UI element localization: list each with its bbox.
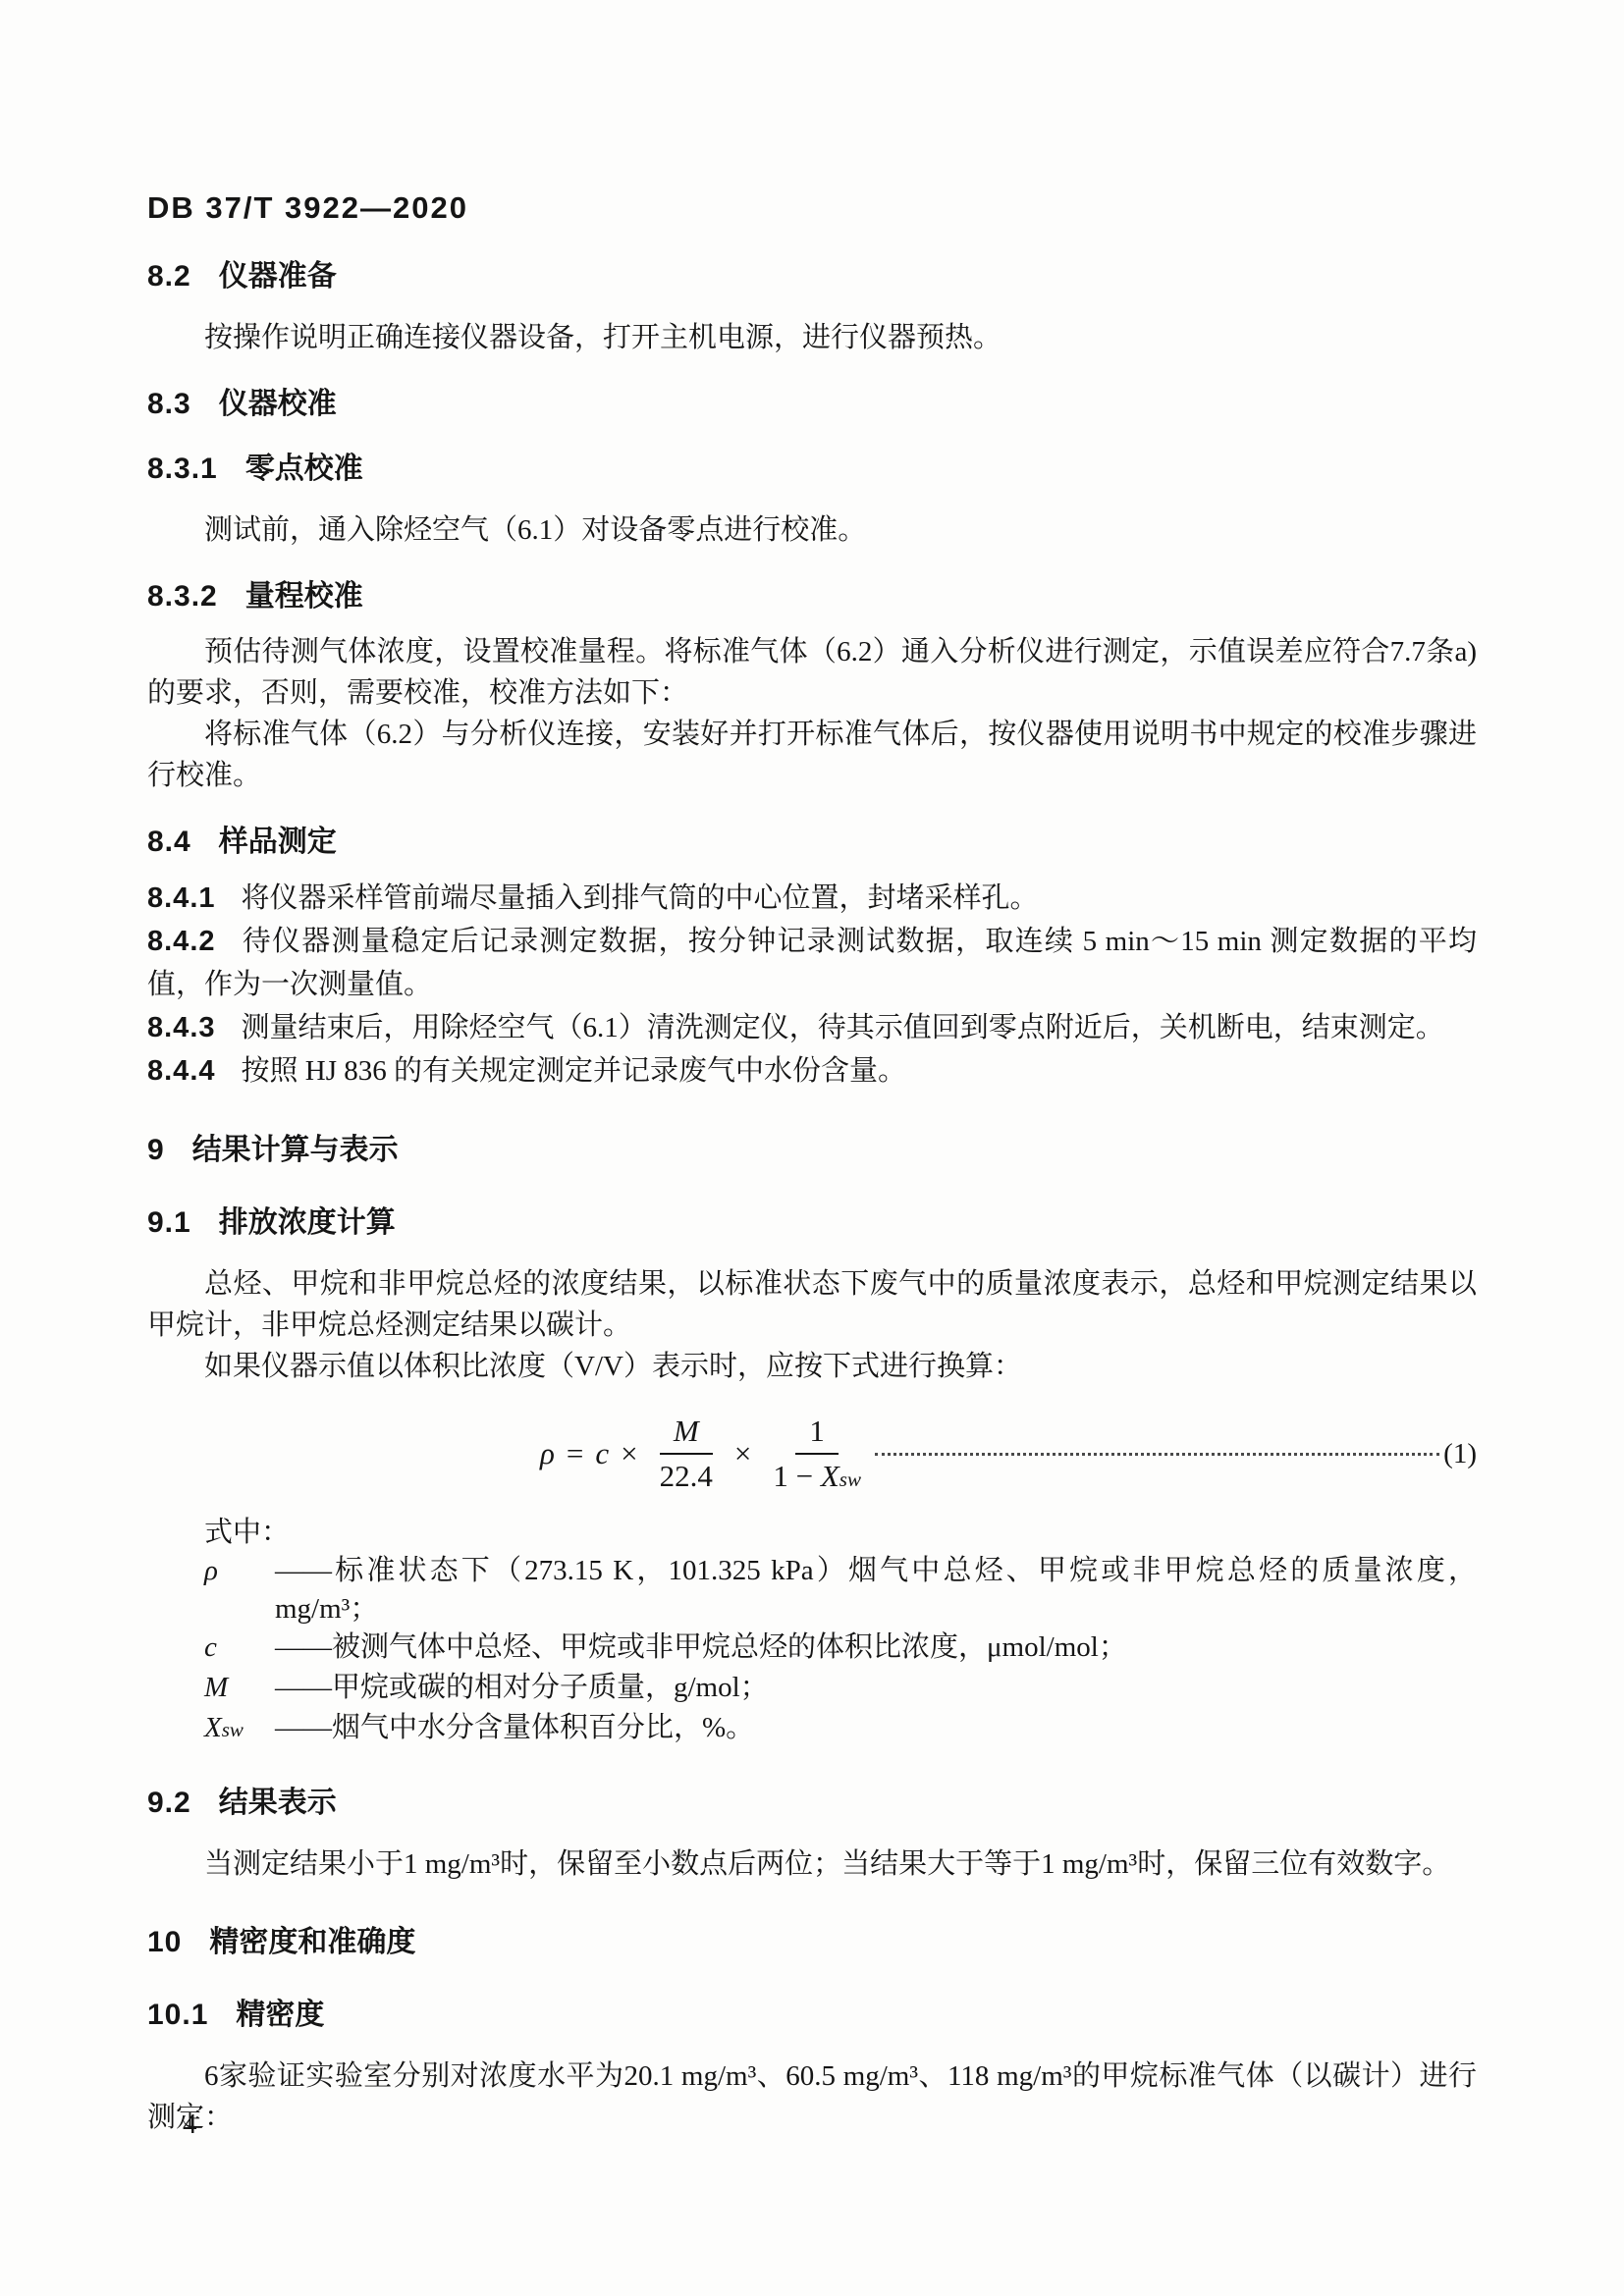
doc-code-header: DB 37/T 3922—2020	[147, 191, 1477, 225]
heading-title: 精密度和准确度	[209, 1926, 415, 1958]
formula-equals: =	[567, 1436, 583, 1471]
heading-title: 结果计算与表示	[192, 1134, 399, 1166]
clause-number: 8.4.1	[147, 882, 216, 914]
clause-text: 测量结束后，用除烃空气（6.1）清洗测定仪，待其示值回到零点附近后，关机断电，结…	[242, 1012, 1444, 1043]
definition-text: ——标准状态下（273.15 K，101.325 kPa）烟气中总烃、甲烷或非甲…	[275, 1552, 1477, 1629]
heading-number: 9	[147, 1134, 165, 1166]
formula-times: ×	[621, 1436, 637, 1471]
clause-number: 8.4.3	[147, 1012, 216, 1043]
document-page: DB 37/T 3922—2020 8.2仪器准备 按操作说明正确连接仪器设备，…	[0, 0, 1624, 2296]
definition-text: ——烟气中水分含量体积百分比，%。	[275, 1709, 1477, 1747]
clause-8-4-2: 8.4.2待仪器测量稳定后记录测定数据，按分钟记录测试数据，取连续 5 min～…	[147, 920, 1477, 1006]
definition-symbol: ρ	[204, 1552, 275, 1592]
heading-10-1: 10.1精密度	[147, 1997, 1477, 2034]
denominator-subscript: sw	[839, 1468, 861, 1491]
formula-var-c: c	[595, 1436, 609, 1471]
heading-8-3-1: 8.3.1零点校准	[147, 451, 1477, 488]
fraction-numerator: M	[660, 1414, 713, 1455]
heading-title: 零点校准	[245, 453, 363, 485]
heading-number: 9.2	[147, 1787, 191, 1819]
heading-9-2: 9.2结果表示	[147, 1785, 1477, 1822]
paragraph-10-1: 6家验证实验室分别对浓度水平为20.1 mg/m³、60.5 mg/m³、118…	[147, 2056, 1477, 2138]
paragraph-9-2: 当测定结果小于1 mg/m³时，保留至小数点后两位；当结果大于等于1 mg/m³…	[147, 1843, 1477, 1885]
paragraph-8-3-2-b: 将标准气体（6.2）与分析仪连接，安装好并打开标准气体后，按仪器使用说明书中规定…	[147, 714, 1477, 796]
definition-rho: ρ ——标准状态下（273.15 K，101.325 kPa）烟气中总烃、甲烷或…	[147, 1552, 1477, 1629]
heading-8-3: 8.3仪器校准	[147, 386, 1477, 423]
heading-number: 8.3.2	[147, 580, 218, 613]
heading-number: 8.4	[147, 826, 191, 858]
formula-fraction-moisture: 1 1 − Xsw	[767, 1414, 867, 1494]
formula-1: ρ = c × M 22.4 × 1 1 − Xsw (1)	[147, 1405, 1477, 1503]
paragraph-9-1-a: 总烃、甲烷和非甲烷总烃的浓度结果，以标准状态下废气中的质量浓度表示，总烃和甲烷测…	[147, 1263, 1477, 1346]
heading-title: 样品测定	[219, 826, 337, 858]
heading-8-2: 8.2仪器准备	[147, 258, 1477, 295]
heading-number: 8.3.1	[147, 453, 218, 485]
page-content: DB 37/T 3922—2020 8.2仪器准备 按操作说明正确连接仪器设备，…	[0, 0, 1624, 2138]
heading-title: 排放浓度计算	[219, 1206, 396, 1239]
heading-8-4: 8.4样品测定	[147, 824, 1477, 861]
equation-number: (1)	[1443, 1438, 1477, 1470]
where-label: 式中：	[147, 1513, 1477, 1552]
formula-fraction-molar: M 22.4	[654, 1414, 719, 1494]
heading-title: 量程校准	[245, 580, 363, 613]
heading-number: 8.2	[147, 260, 191, 293]
definition-m: M ——甲烷或碳的相对分子质量，g/mol；	[147, 1669, 1477, 1709]
clause-8-4-1: 8.4.1将仪器采样管前端尽量插入到排气筒的中心位置，封堵采样孔。	[147, 877, 1477, 920]
dotted-leader	[875, 1453, 1439, 1456]
heading-number: 9.1	[147, 1206, 191, 1239]
heading-10: 10精密度和准确度	[147, 1924, 1477, 1961]
paragraph-8-3-1: 测试前，通入除烃空气（6.1）对设备零点进行校准。	[147, 509, 1477, 551]
heading-number: 8.3	[147, 388, 191, 420]
definition-symbol: M	[204, 1669, 275, 1709]
heading-number: 10	[147, 1926, 182, 1958]
fraction-numerator: 1	[795, 1414, 839, 1455]
heading-title: 仪器准备	[219, 260, 337, 293]
heading-title: 精密度	[236, 1999, 324, 2031]
paragraph-8-2: 按操作说明正确连接仪器设备，打开主机电源，进行仪器预热。	[147, 317, 1477, 358]
fraction-denominator: 22.4	[654, 1455, 719, 1494]
definition-text: ——被测气体中总烃、甲烷或非甲烷总烃的体积比浓度，μmol/mol；	[275, 1629, 1477, 1667]
heading-8-3-2: 8.3.2量程校准	[147, 578, 1477, 615]
definition-symbol: Xsw	[204, 1709, 275, 1749]
heading-number: 10.1	[147, 1999, 208, 2031]
clause-list-8-4: 8.4.1将仪器采样管前端尽量插入到排气筒的中心位置，封堵采样孔。 8.4.2待…	[147, 877, 1477, 1093]
clause-text: 待仪器测量稳定后记录测定数据，按分钟记录测试数据，取连续 5 min～15 mi…	[147, 926, 1477, 1000]
formula-definitions: 式中： ρ ——标准状态下（273.15 K，101.325 kPa）烟气中总烃…	[147, 1513, 1477, 1749]
heading-9-1: 9.1排放浓度计算	[147, 1204, 1477, 1242]
clause-text: 按照 HJ 836 的有关规定测定并记录废气中水份含量。	[242, 1055, 906, 1087]
definition-symbol: c	[204, 1629, 275, 1669]
formula-times: ×	[734, 1436, 751, 1471]
clause-number: 8.4.4	[147, 1055, 216, 1087]
clause-8-4-4: 8.4.4按照 HJ 836 的有关规定测定并记录废气中水份含量。	[147, 1049, 1477, 1093]
paragraph-8-3-2-a: 预估待测气体浓度，设置校准量程。将标准气体（6.2）通入分析仪进行测定，示值误差…	[147, 631, 1477, 714]
clause-8-4-3: 8.4.3测量结束后，用除烃空气（6.1）清洗测定仪，待其示值回到零点附近后，关…	[147, 1006, 1477, 1049]
clause-text: 将仪器采样管前端尽量插入到排气筒的中心位置，封堵采样孔。	[242, 882, 1039, 914]
clause-number: 8.4.2	[147, 926, 216, 957]
definition-text: ——甲烷或碳的相对分子质量，g/mol；	[275, 1669, 1477, 1707]
heading-9: 9结果计算与表示	[147, 1132, 1477, 1169]
paragraph-9-1-b: 如果仪器示值以体积比浓度（V/V）表示时，应按下式进行换算：	[147, 1346, 1477, 1387]
definition-c: c ——被测气体中总烃、甲烷或非甲烷总烃的体积比浓度，μmol/mol；	[147, 1629, 1477, 1669]
heading-title: 仪器校准	[219, 388, 337, 420]
definition-xsw: Xsw ——烟气中水分含量体积百分比，%。	[147, 1709, 1477, 1749]
formula-rho: ρ	[540, 1436, 555, 1471]
fraction-denominator: 1 − Xsw	[767, 1455, 867, 1494]
denominator-prefix: 1 −	[773, 1459, 820, 1493]
heading-title: 结果表示	[219, 1787, 337, 1819]
page-number: 4	[183, 2109, 197, 2141]
denominator-variable: X	[821, 1459, 839, 1493]
formula-expression: ρ = c × M 22.4 × 1 1 − Xsw	[540, 1414, 871, 1494]
